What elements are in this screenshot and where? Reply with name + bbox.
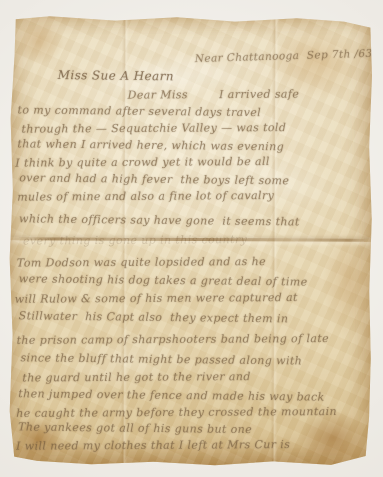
letter-line: Tom Dodson was quite lopsided and as he [17, 256, 266, 269]
letter-line: over and had a high fever the boys left … [19, 172, 289, 186]
letter-line: the guard until he got to the river and [22, 371, 250, 383]
letter-line: through the — Sequatchie Valley — was to… [21, 122, 286, 135]
letter-line: will Rulow & some of his men were captur… [15, 292, 298, 305]
letter-line-on-fold: every thing is gone up in this country [23, 234, 247, 246]
recipient-name: Miss Sue A Hearn [58, 70, 174, 82]
stain-top-left [4, 9, 74, 73]
letter-line: Stillwater his Capt also they expect the… [19, 310, 289, 324]
greeting-line: Dear Miss I arrived safe [128, 89, 300, 101]
letter-line: to my command after several days travel [18, 104, 262, 118]
letter-line: were shooting his dog takes a great deal… [19, 273, 308, 287]
date-line: Near Chattanooga Sep 7th /63 [195, 49, 373, 65]
letter-photo: Near Chattanooga Sep 7th /63 Miss Sue A … [0, 0, 383, 477]
letter-paper: Near Chattanooga Sep 7th /63 Miss Sue A … [8, 15, 373, 467]
letter-line: which the officers say have gone it seem… [19, 213, 300, 227]
letter-line: mules of mine and also a fine lot of cav… [17, 190, 274, 203]
letter-line: then jumped over the fence and made his … [18, 388, 324, 402]
letter-line: the prison camp of sharpshooters band be… [17, 333, 330, 346]
letter-line: I will need my clothes that I left at Mr… [16, 439, 290, 452]
letter-line: he caught the army before they crossed t… [16, 406, 337, 419]
letter-line: since the bluff that might be passed alo… [20, 352, 302, 366]
letter-line: that when I arrived here, which was even… [17, 138, 284, 152]
letter-line: I think by quite a crowd yet it would be… [15, 156, 270, 169]
letter-line: The yankees got all of his guns but one [18, 421, 252, 435]
